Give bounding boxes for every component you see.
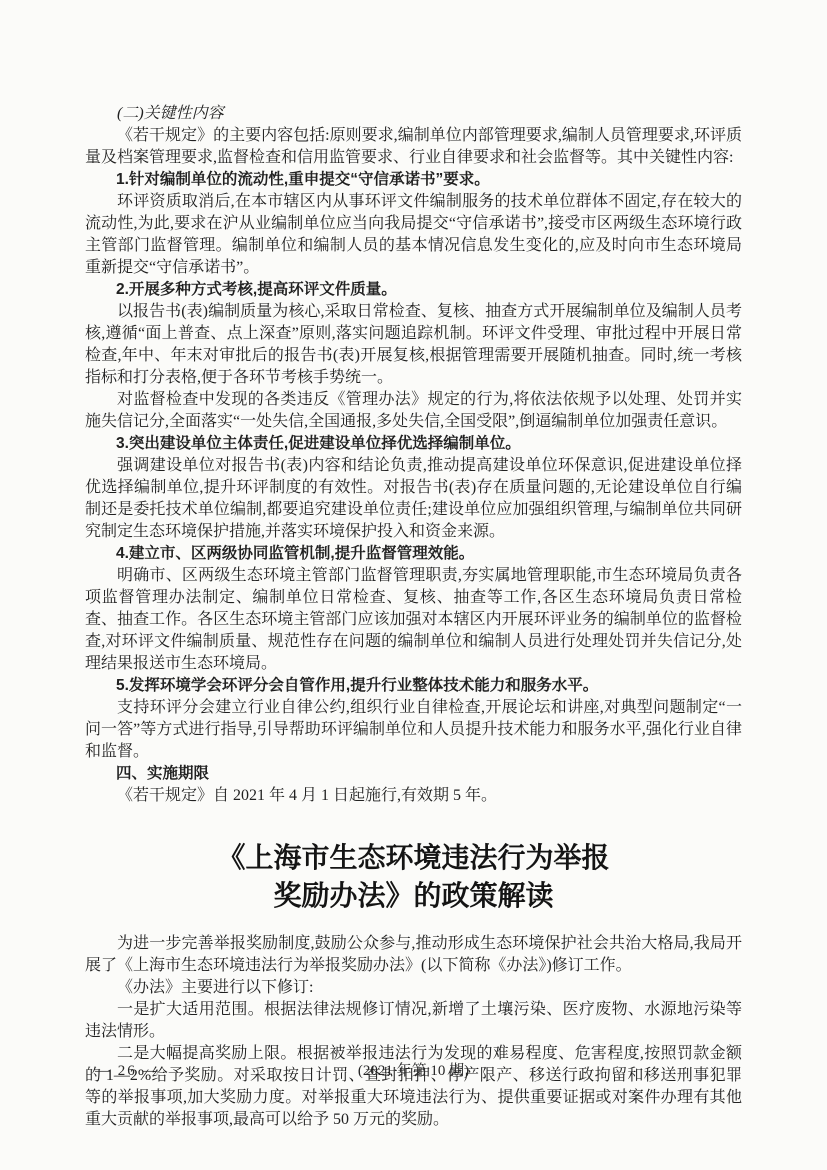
paragraph: 《若干规定》自 2021 年 4 月 1 日起施行,有效期 5 年。 (85, 785, 742, 807)
paragraph: 环评资质取消后,在本市辖区内从事环评文件编制服务的技术单位群体不固定,存在较大的… (85, 191, 742, 279)
article-reward-measures-interpretation: 《上海市生态环境违法行为举报 奖励办法》的政策解读 为进一步完善举报奖励制度,鼓… (85, 840, 742, 1131)
paragraph: 以报告书(表)编制质量为核心,采取日常检查、复核、抽查方式开展编制单位及编制人员… (85, 301, 742, 389)
paragraph: 《办法》主要进行以下修订: (85, 977, 742, 999)
paragraph: 《若干规定》的主要内容包括:原则要求,编制单位内部管理要求,编制人员管理要求,环… (85, 125, 742, 169)
document-page: (二)关键性内容《若干规定》的主要内容包括:原则要求,编制单位内部管理要求,编制… (0, 0, 827, 1170)
page-content: (二)关键性内容《若干规定》的主要内容包括:原则要求,编制单位内部管理要求,编制… (85, 103, 742, 1131)
sub-heading: 1.针对编制单位的流动性,重申提交“守信承诺书”要求。 (85, 169, 742, 191)
article-title-line2: 奖励办法》的政策解读 (85, 878, 742, 916)
paragraph: 强调建设单位对报告书(表)内容和结论负责,推动提高建设单位环保意识,促进建设单位… (85, 455, 742, 543)
sub-heading: 四、实施期限 (85, 763, 742, 785)
sub-heading: 4.建立市、区两级协同监管机制,提升监督管理效能。 (85, 543, 742, 565)
section-heading: (二)关键性内容 (85, 103, 742, 125)
page-footer: — 26 — (2021 年第 10 期) (85, 1060, 742, 1082)
paragraph: 二是大幅提高奖励上限。根据被举报违法行为发现的难易程度、危害程度,按照罚款金额的… (85, 1043, 742, 1131)
sub-heading: 5.发挥环境学会环评分会自管作用,提升行业整体技术能力和服务水平。 (85, 675, 742, 697)
article-title: 《上海市生态环境违法行为举报 奖励办法》的政策解读 (85, 840, 742, 916)
sub-heading: 2.开展多种方式考核,提高环评文件质量。 (85, 279, 742, 301)
paragraph: 为进一步完善举报奖励制度,鼓励公众参与,推动形成生态环境保护社会共治大格局,我局… (85, 933, 742, 977)
issue-label: (2021 年第 10 期) (358, 1060, 469, 1082)
paragraph: 明确市、区两级生态环境主管部门监督管理职责,夯实属地管理职能,市生态环境局负责各… (85, 565, 742, 675)
paragraph: 支持环评分会建立行业自律公约,组织行业自律检查,开展论坛和讲座,对典型问题制定“… (85, 697, 742, 763)
article-body: 为进一步完善举报奖励制度,鼓励公众参与,推动形成生态环境保护社会共治大格局,我局… (85, 933, 742, 1131)
sub-heading: 3.突出建设单位主体责任,促进建设单位择优选择编制单位。 (85, 433, 742, 455)
article-title-line1: 《上海市生态环境违法行为举报 (85, 840, 742, 878)
article-body: (二)关键性内容《若干规定》的主要内容包括:原则要求,编制单位内部管理要求,编制… (85, 103, 742, 807)
page-number: — 26 — (95, 1060, 160, 1082)
paragraph: 对监督检查中发现的各类违反《管理办法》规定的行为,将依法依规予以处理、处罚并实施… (85, 389, 742, 433)
paragraph: 一是扩大适用范围。根据法律法规修订情况,新增了土壤污染、医疗废物、水源地污染等违… (85, 999, 742, 1043)
article-regulations-interpretation: (二)关键性内容《若干规定》的主要内容包括:原则要求,编制单位内部管理要求,编制… (85, 103, 742, 807)
